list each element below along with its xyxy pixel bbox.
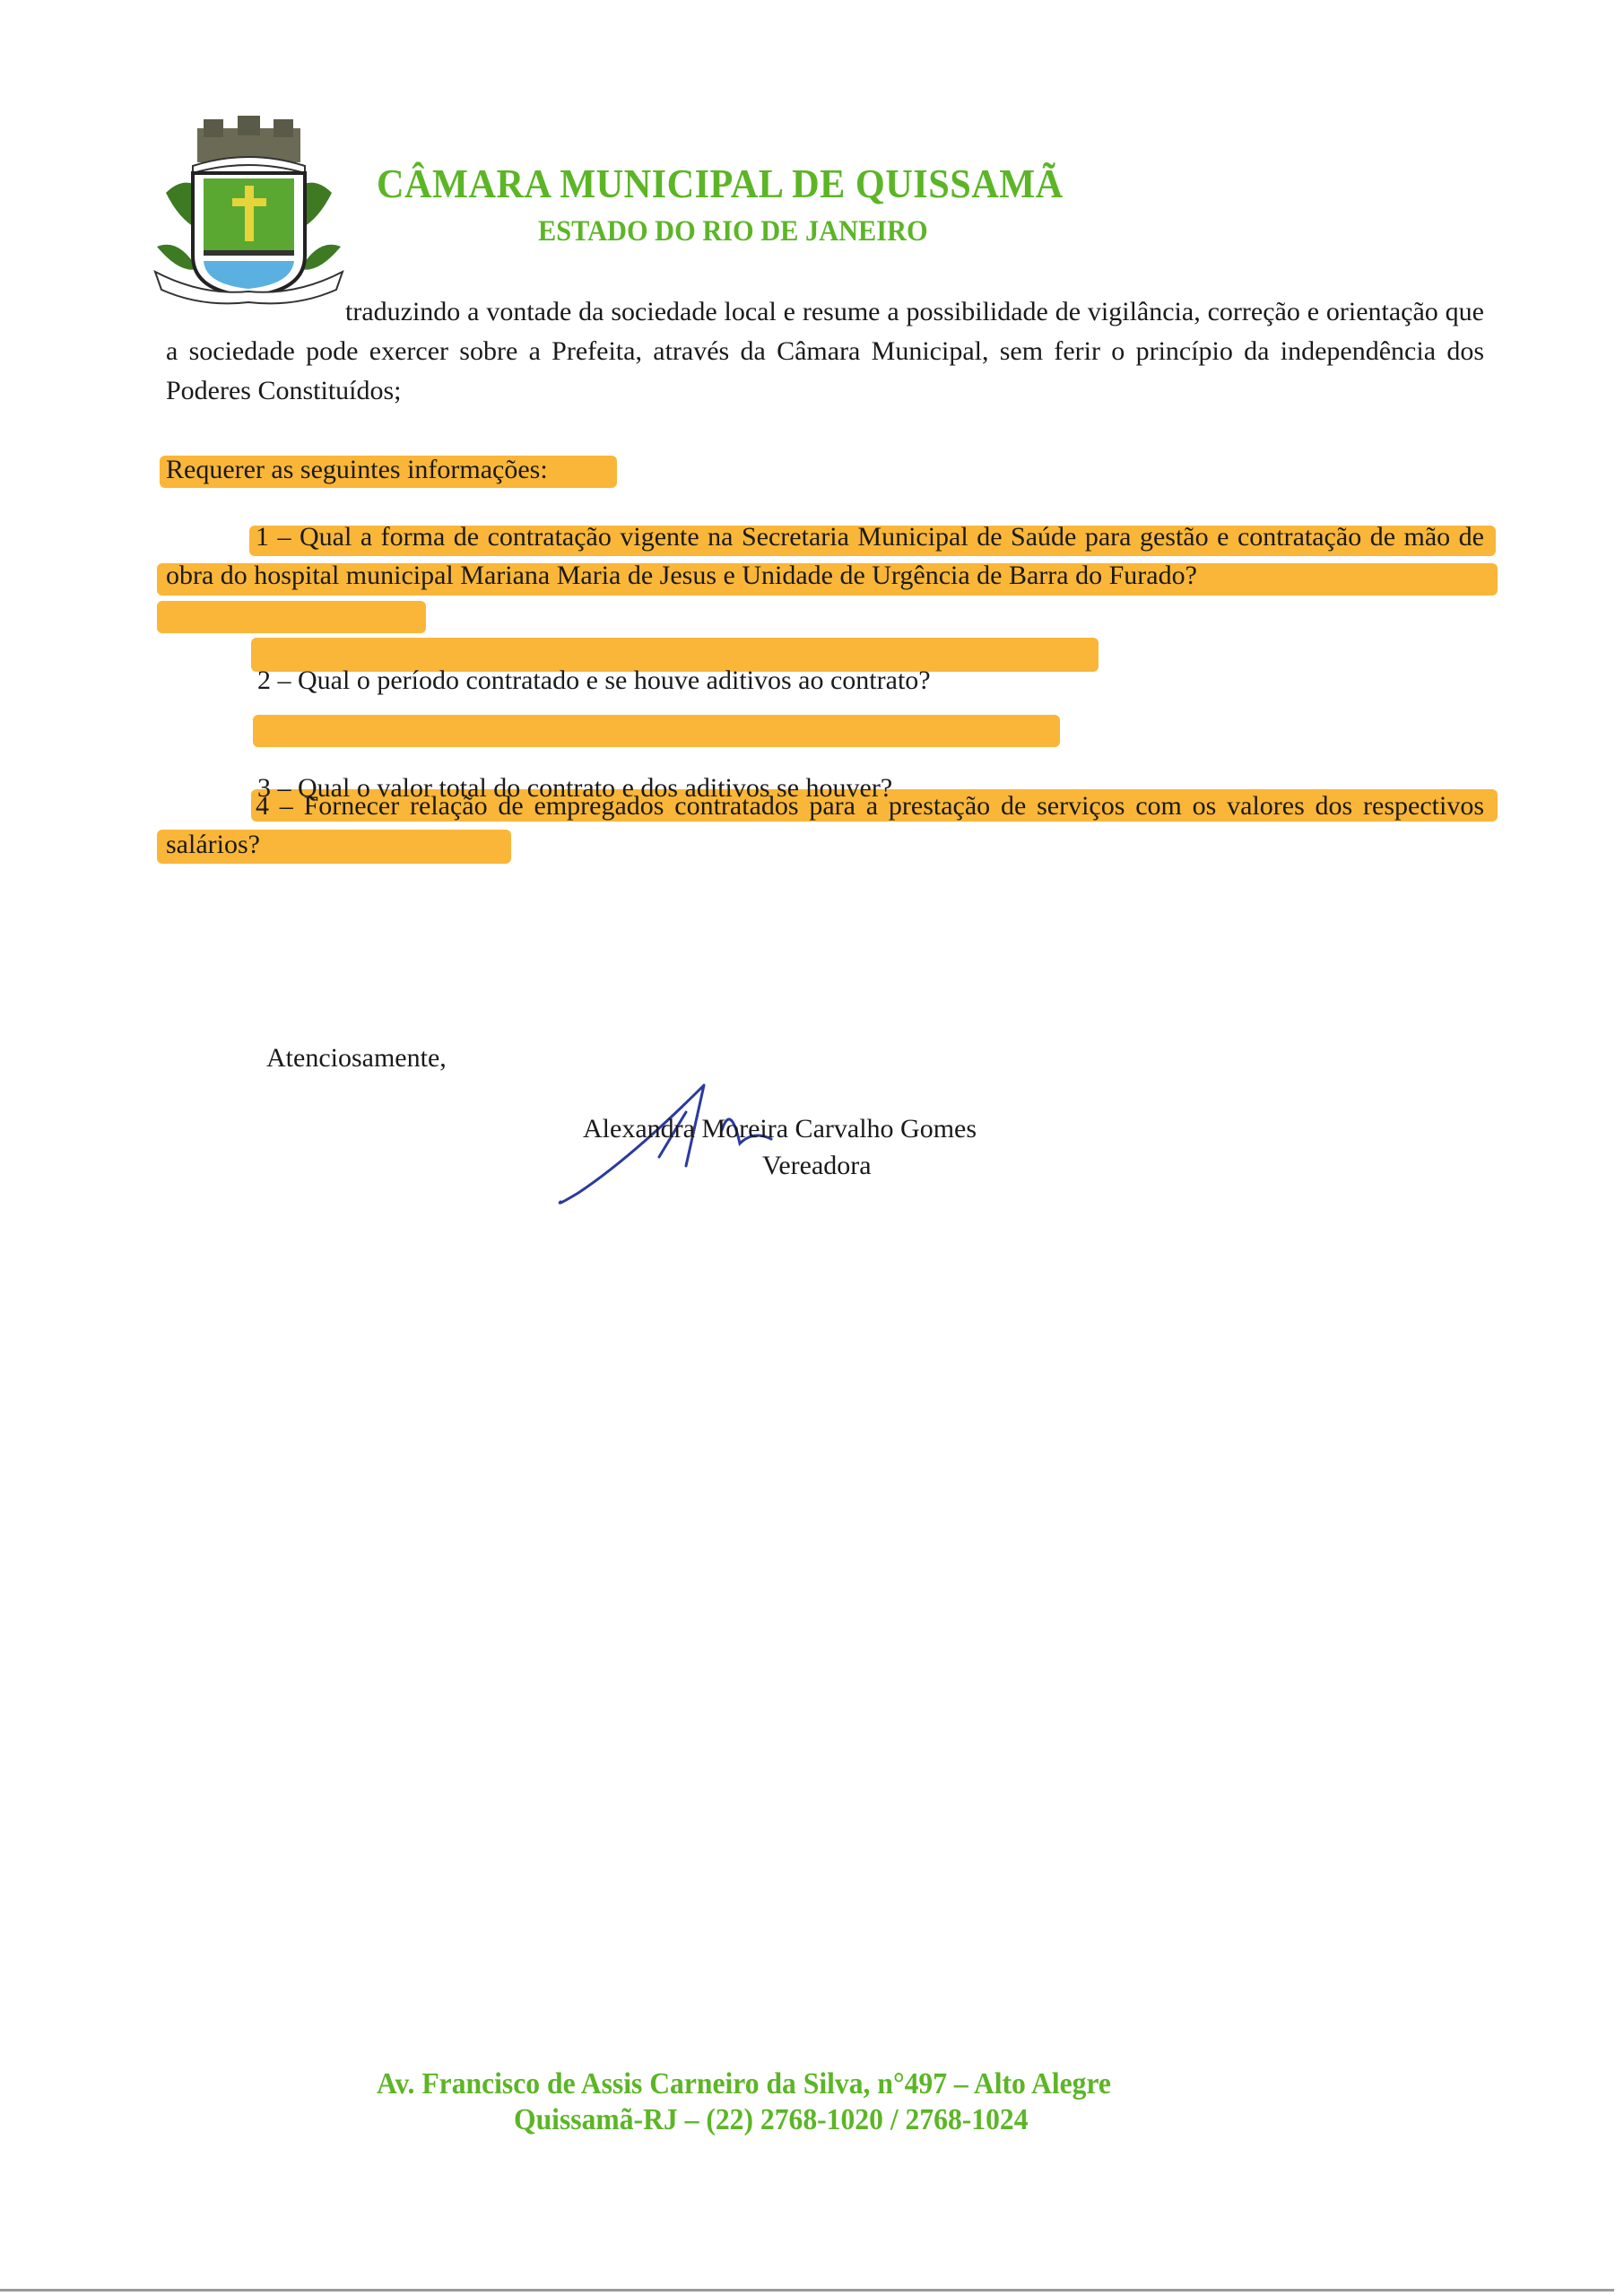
- question-4: 4 – Fornecer relação de empregados contr…: [166, 787, 1484, 864]
- signer-name: Alexandra Moreira Carvalho Gomes: [583, 1114, 977, 1144]
- question-4-text: 4 – Fornecer relação de empregados contr…: [166, 791, 1484, 859]
- footer-address: Av. Francisco de Assis Carneiro da Silva…: [377, 2067, 1111, 2101]
- question-2: 2 – Qual o período contratado e se houve…: [257, 665, 1624, 696]
- question-1-text: 1 – Qual a forma de contratação vigente …: [166, 522, 1484, 590]
- intro-paragraph: traduzindo a vontade da sociedade local …: [166, 292, 1484, 411]
- highlight: [253, 715, 1060, 747]
- highlight: [157, 601, 426, 633]
- header-subtitle: ESTADO DO RIO DE JANEIRO: [538, 215, 928, 248]
- header-title: CÂMARA MUNICIPAL DE QUISSAMÃ: [377, 160, 1202, 207]
- page-edge: [0, 2289, 1614, 2292]
- question-1: 1 – Qual a forma de contratação vigente …: [166, 517, 1484, 595]
- request-heading: Requerer as seguintes informações:: [166, 455, 1624, 485]
- salutation: Atenciosamente,: [266, 1043, 447, 1074]
- coat-of-arms-icon: [148, 112, 350, 305]
- footer-contact: Quissamã-RJ – (22) 2768-1020 / 2768-1024: [514, 2103, 1029, 2137]
- signer-role: Vereadora: [762, 1151, 872, 1181]
